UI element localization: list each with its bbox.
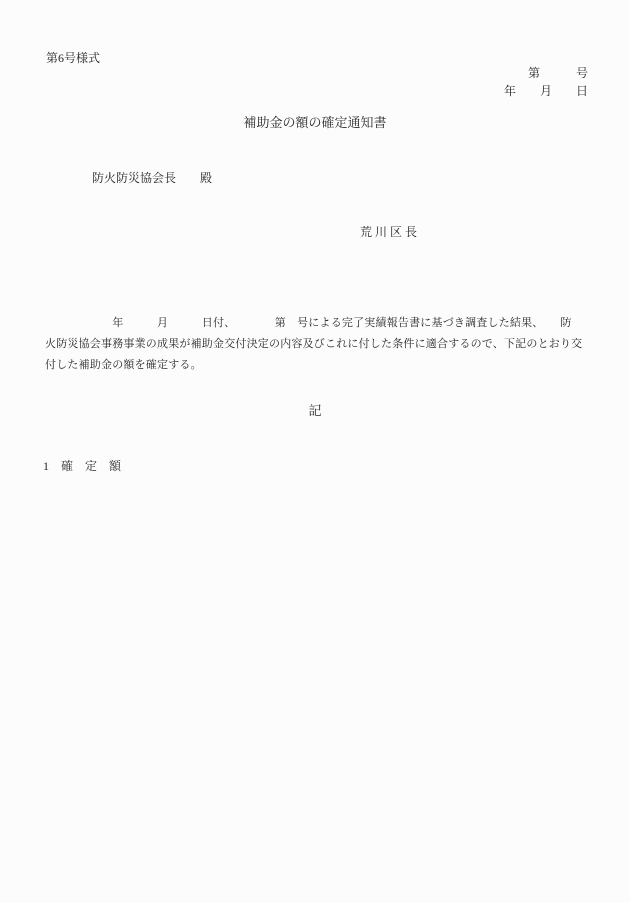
document-title: 補助金の額の確定通知書 [0, 116, 630, 131]
document-number-line: 第 号 [528, 67, 588, 81]
sender-line: 荒 川 区 長 [360, 226, 417, 240]
body-line-1: 年 月 日付、 第 号による完了実績報告書に基づき調査した結果、 防 [45, 313, 582, 334]
body-line-2: 火防災協会事務事業の成果が補助金交付決定の内容及びこれに付した条件に適合するので… [45, 334, 582, 355]
document-page: 第6号様式 第 号 年 月 日 補助金の額の確定通知書 防火防災協会長 殿 荒 … [0, 0, 630, 903]
addressee-line: 防火防災協会長 殿 [92, 172, 212, 186]
record-marker: 記 [0, 404, 630, 419]
body-paragraph: 年 月 日付、 第 号による完了実績報告書に基づき調査した結果、 防 火防災協会… [45, 313, 582, 375]
date-line: 年 月 日 [504, 85, 588, 99]
body-line-3: 付した補助金の額を確定する。 [45, 355, 582, 376]
form-number-label: 第6号様式 [46, 52, 100, 66]
fixed-amount-heading: 1 確 定 額 [43, 460, 121, 474]
